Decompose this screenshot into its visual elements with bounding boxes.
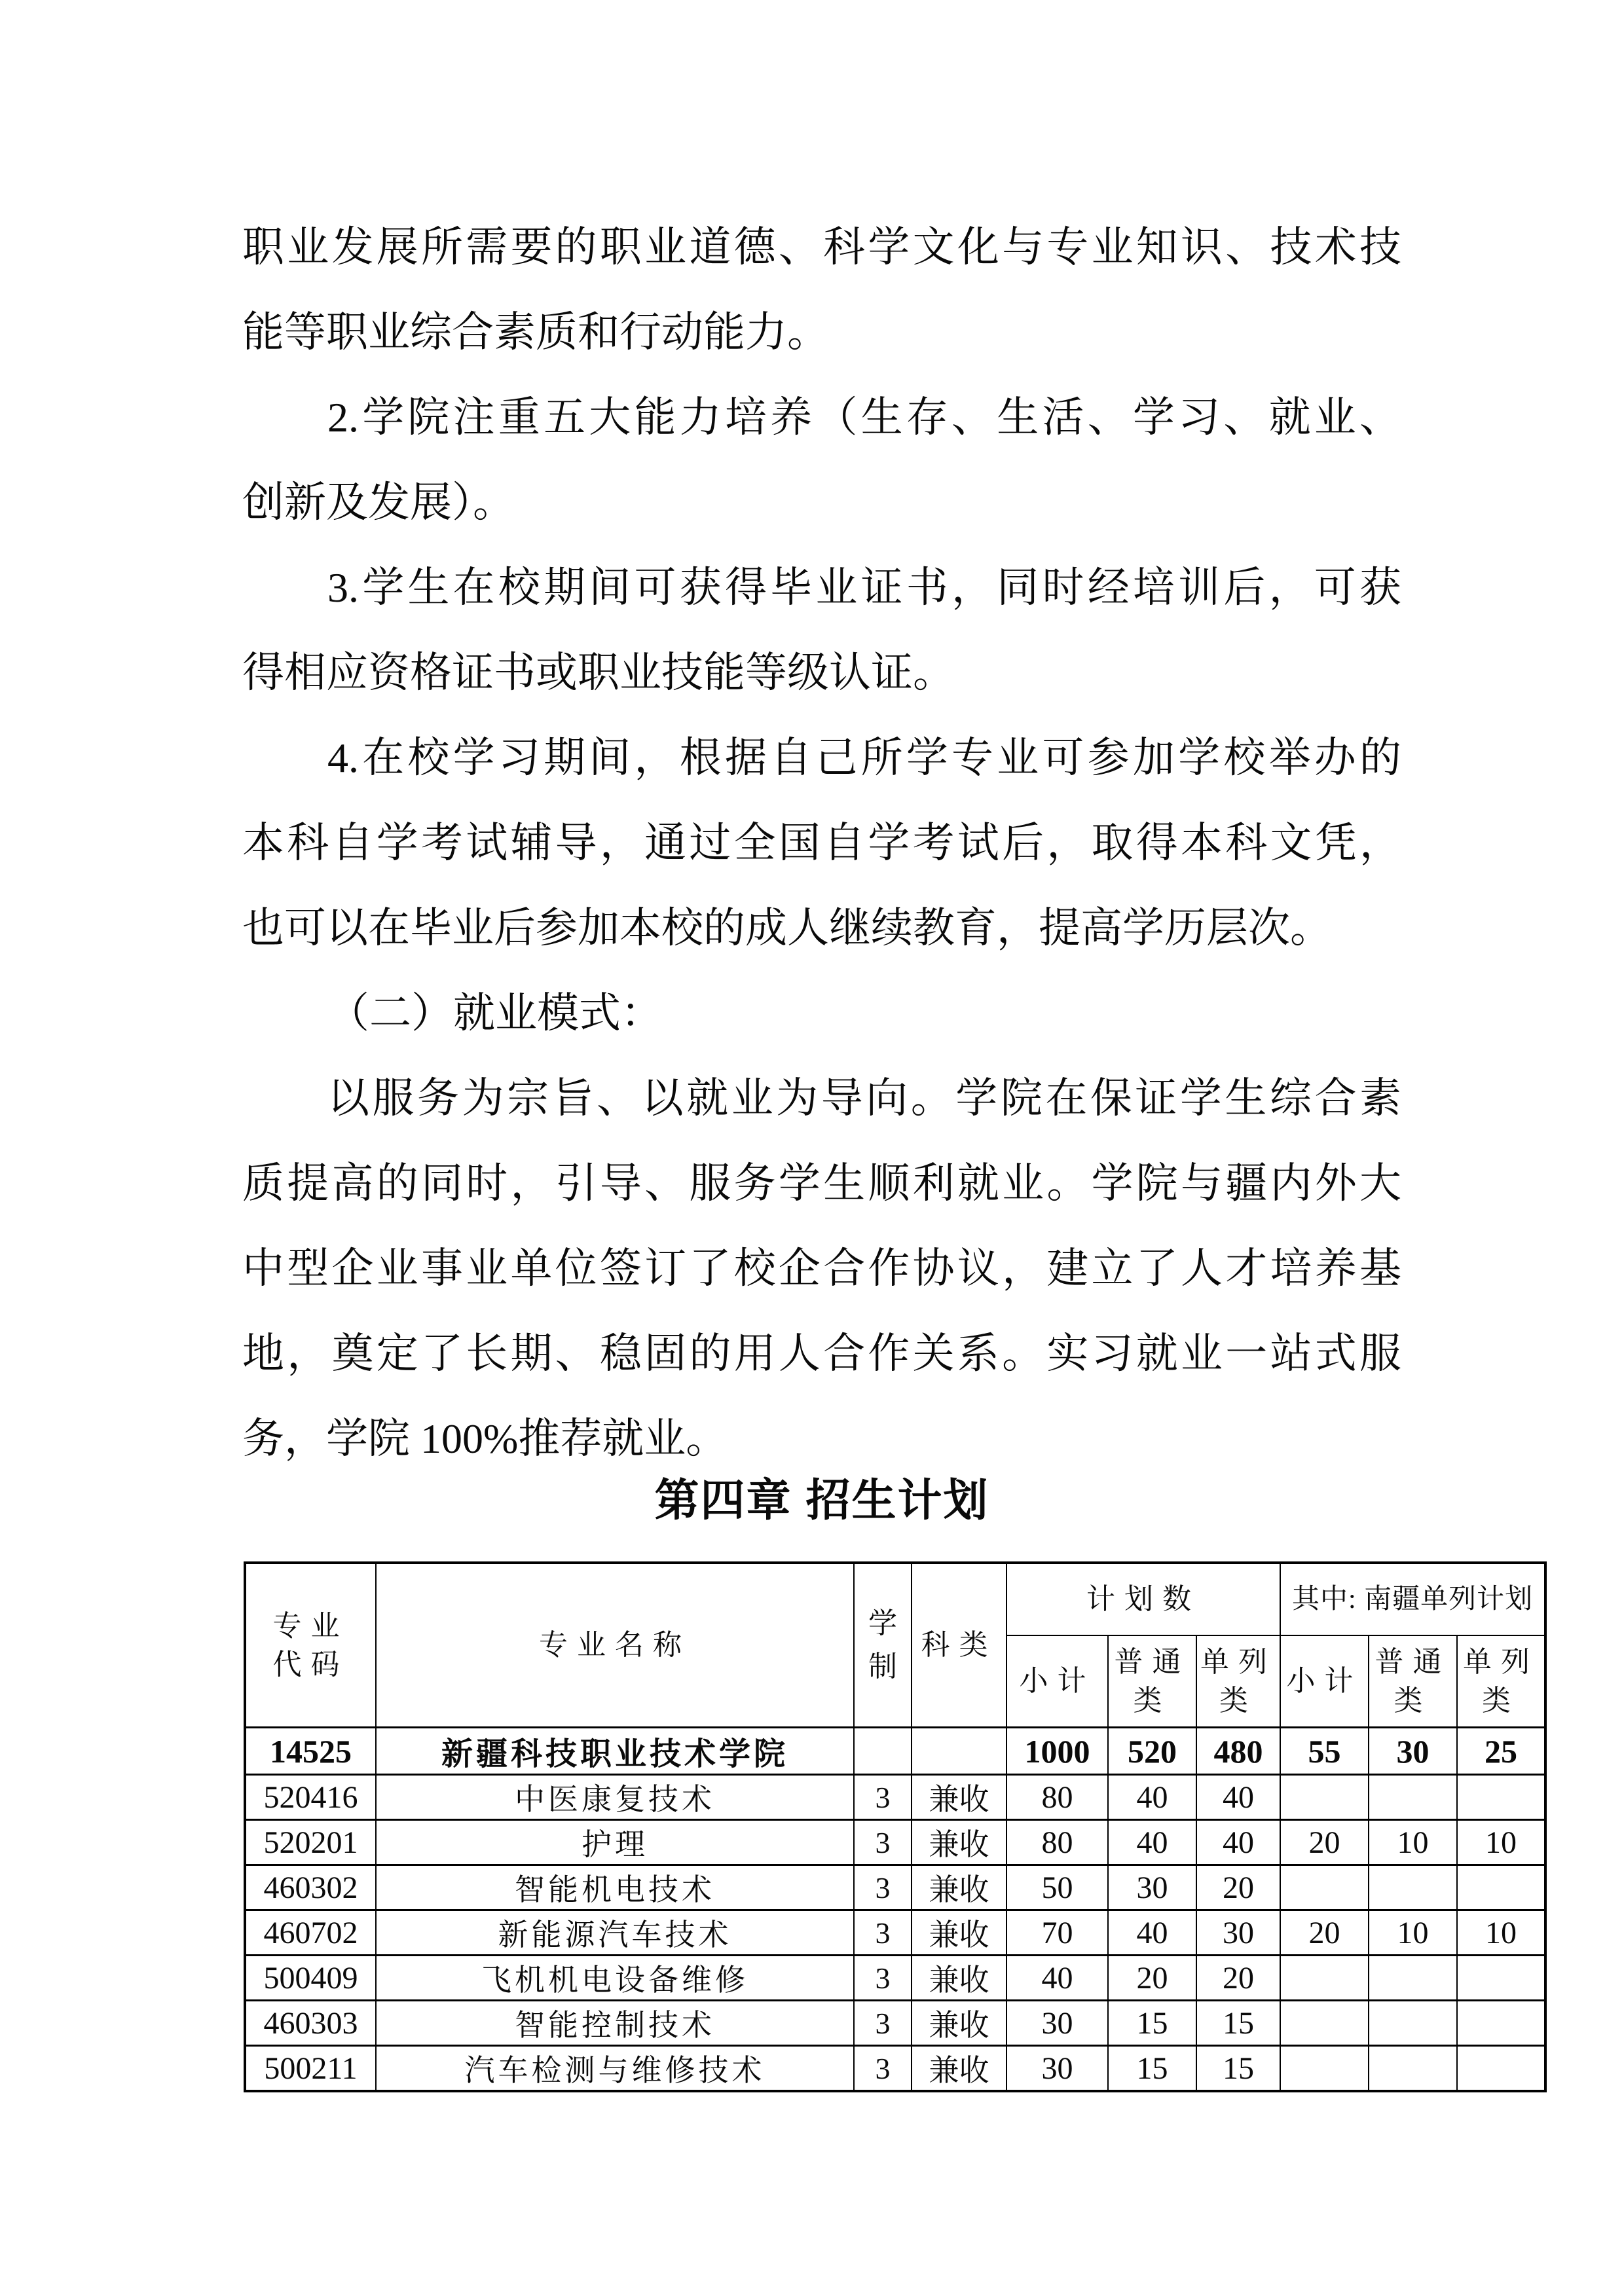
cell-plan-separate: 20 (1196, 1956, 1280, 2001)
cell-south-subtotal (1280, 2001, 1369, 2046)
cell-major-code: 460302 (245, 1865, 376, 1910)
cell-plan-general: 520 (1108, 1728, 1196, 1775)
cell-major-name: 新能源汽车技术 (376, 1910, 854, 1956)
cell-south-general (1369, 1956, 1457, 2001)
cell-south-subtotal (1280, 1775, 1369, 1820)
cell-plan-subtotal: 1000 (1006, 1728, 1108, 1775)
header-south-separate: 单列 类 (1457, 1635, 1545, 1728)
cell-plan-general: 20 (1108, 1956, 1196, 2001)
header-major-code: 专业 代码 (245, 1563, 376, 1728)
cell-category: 兼收 (912, 1775, 1006, 1820)
cell-category: 兼收 (912, 1820, 1006, 1865)
cell-south-subtotal (1280, 1956, 1369, 2001)
cell-major-code: 14525 (245, 1728, 376, 1775)
cell-plan-separate: 20 (1196, 1865, 1280, 1910)
body-line: 本科自学考试辅导，通过全国自学考试后，取得本科文凭， (242, 801, 1401, 886)
cell-major-name: 智能控制技术 (376, 2001, 854, 2046)
cell-plan-general: 15 (1108, 2001, 1196, 2046)
table-row: 520416中医康复技术3兼收804040 (245, 1775, 1545, 1820)
cell-plan-general: 30 (1108, 1865, 1196, 1910)
body-line: 职业发展所需要的职业道德、科学文化与专业知识、技术技 (242, 205, 1401, 290)
cell-major-name: 新疆科技职业技术学院 (376, 1728, 854, 1775)
cell-south-separate: 10 (1457, 1910, 1545, 1956)
cell-south-general (1369, 1775, 1457, 1820)
cell-years: 3 (854, 1956, 912, 2001)
cell-category (912, 1728, 1006, 1775)
cell-south-general: 10 (1369, 1820, 1457, 1865)
cell-south-subtotal: 55 (1280, 1728, 1369, 1775)
table-row: 520201护理3兼收804040201010 (245, 1820, 1545, 1865)
cell-south-separate: 10 (1457, 1820, 1545, 1865)
header-years: 学 制 (854, 1563, 912, 1728)
cell-plan-subtotal: 30 (1006, 2046, 1108, 2092)
body-line: 中型企业事业单位签订了校企合作协议，建立了人才培养基 (242, 1226, 1401, 1311)
header-south-group: 其中: 南疆单列计划 (1280, 1563, 1545, 1635)
cell-years: 3 (854, 2001, 912, 2046)
table-row: 14525新疆科技职业技术学院1000520480553025 (245, 1728, 1545, 1775)
header-major-name: 专业名称 (376, 1563, 854, 1728)
cell-south-separate (1457, 2046, 1545, 2092)
cell-major-code: 520201 (245, 1820, 376, 1865)
chapter-heading: 第四章 招生计划 (242, 1463, 1401, 1539)
cell-category: 兼收 (912, 1865, 1006, 1910)
table-row: 500409飞机机电设备维修3兼收402020 (245, 1956, 1545, 2001)
body-line: 创新及发展）。 (242, 460, 1401, 545)
cell-south-general: 30 (1369, 1728, 1457, 1775)
cell-major-name: 汽车检测与维修技术 (376, 2046, 854, 2092)
header-plan-separate: 单列 类 (1196, 1635, 1280, 1728)
cell-major-name: 护理 (376, 1820, 854, 1865)
cell-plan-separate: 30 (1196, 1910, 1280, 1956)
cell-plan-general: 40 (1108, 1910, 1196, 1956)
cell-plan-separate: 40 (1196, 1775, 1280, 1820)
cell-south-subtotal: 20 (1280, 1910, 1369, 1956)
cell-plan-subtotal: 80 (1006, 1775, 1108, 1820)
cell-years: 3 (854, 1775, 912, 1820)
cell-category: 兼收 (912, 2046, 1006, 2092)
cell-plan-subtotal: 70 (1006, 1910, 1108, 1956)
cell-major-name: 中医康复技术 (376, 1775, 854, 1820)
body-line: 得相应资格证书或职业技能等级认证。 (242, 630, 1401, 716)
body-line: （二）就业模式： (242, 971, 1401, 1056)
document-page: 职业发展所需要的职业道德、科学文化与专业知识、技术技能等职业综合素质和行动能力。… (0, 0, 1624, 2296)
body-line: 4.在校学习期间，根据自己所学专业可参加学校举办的 (242, 716, 1401, 801)
cell-years: 3 (854, 1820, 912, 1865)
cell-south-separate (1457, 1956, 1545, 2001)
cell-plan-general: 15 (1108, 2046, 1196, 2092)
cell-major-name: 飞机机电设备维修 (376, 1956, 854, 2001)
cell-plan-separate: 480 (1196, 1728, 1280, 1775)
cell-south-separate (1457, 1775, 1545, 1820)
header-south-subtotal: 小计 (1280, 1635, 1369, 1728)
cell-major-name: 智能机电技术 (376, 1865, 854, 1910)
cell-years: 3 (854, 2046, 912, 2092)
table-row: 460302智能机电技术3兼收503020 (245, 1865, 1545, 1910)
header-south-general: 普通 类 (1369, 1635, 1457, 1728)
enrollment-plan-table: 专业 代码 专业名称 学 制 科类 计划数 其中: 南疆单列计划 小计 普通 类… (244, 1561, 1547, 2092)
body-line: 3.学生在校期间可获得毕业证书，同时经培训后，可获 (242, 545, 1401, 630)
cell-plan-subtotal: 80 (1006, 1820, 1108, 1865)
header-plan-subtotal: 小计 (1006, 1635, 1108, 1728)
body-line: 质提高的同时，引导、服务学生顺利就业。学院与疆内外大 (242, 1141, 1401, 1226)
cell-years: 3 (854, 1910, 912, 1956)
cell-south-separate (1457, 1865, 1545, 1910)
cell-south-separate: 25 (1457, 1728, 1545, 1775)
cell-plan-general: 40 (1108, 1820, 1196, 1865)
cell-south-subtotal (1280, 1865, 1369, 1910)
cell-south-general (1369, 2001, 1457, 2046)
cell-major-code: 520416 (245, 1775, 376, 1820)
table-row: 460303智能控制技术3兼收301515 (245, 2001, 1545, 2046)
table-row: 500211汽车检测与维修技术3兼收301515 (245, 2046, 1545, 2092)
header-category: 科类 (912, 1563, 1006, 1728)
cell-plan-general: 40 (1108, 1775, 1196, 1820)
header-plan-group: 计划数 (1006, 1563, 1280, 1635)
cell-south-subtotal (1280, 2046, 1369, 2092)
cell-major-code: 500211 (245, 2046, 376, 2092)
body-line: 2.学院注重五大能力培养（生存、生活、学习、就业、 (242, 375, 1401, 460)
cell-major-code: 460702 (245, 1910, 376, 1956)
cell-years: 3 (854, 1865, 912, 1910)
cell-plan-separate: 15 (1196, 2046, 1280, 2092)
cell-category: 兼收 (912, 1910, 1006, 1956)
cell-category: 兼收 (912, 1956, 1006, 2001)
body-line: 以服务为宗旨、以就业为导向。学院在保证学生综合素 (242, 1056, 1401, 1141)
cell-plan-subtotal: 40 (1006, 1956, 1108, 2001)
cell-plan-separate: 15 (1196, 2001, 1280, 2046)
cell-plan-separate: 40 (1196, 1820, 1280, 1865)
cell-plan-subtotal: 50 (1006, 1865, 1108, 1910)
cell-south-general (1369, 2046, 1457, 2092)
table-row: 460702新能源汽车技术3兼收704030201010 (245, 1910, 1545, 1956)
cell-plan-subtotal: 30 (1006, 2001, 1108, 2046)
cell-south-general: 10 (1369, 1910, 1457, 1956)
cell-south-separate (1457, 2001, 1545, 2046)
cell-major-code: 500409 (245, 1956, 376, 2001)
plan-table-body: 14525新疆科技职业技术学院1000520480553025520416中医康… (245, 1728, 1545, 2092)
cell-major-code: 460303 (245, 2001, 376, 2046)
cell-years (854, 1728, 912, 1775)
body-line: 地，奠定了长期、稳固的用人合作关系。实习就业一站式服 (242, 1311, 1401, 1396)
body-text: 职业发展所需要的职业道德、科学文化与专业知识、技术技能等职业综合素质和行动能力。… (242, 205, 1401, 1482)
body-line: 能等职业综合素质和行动能力。 (242, 290, 1401, 375)
cell-category: 兼收 (912, 2001, 1006, 2046)
cell-south-subtotal: 20 (1280, 1820, 1369, 1865)
cell-south-general (1369, 1865, 1457, 1910)
body-line: 也可以在毕业后参加本校的成人继续教育，提高学历层次。 (242, 886, 1401, 971)
header-plan-general: 普通 类 (1108, 1635, 1196, 1728)
